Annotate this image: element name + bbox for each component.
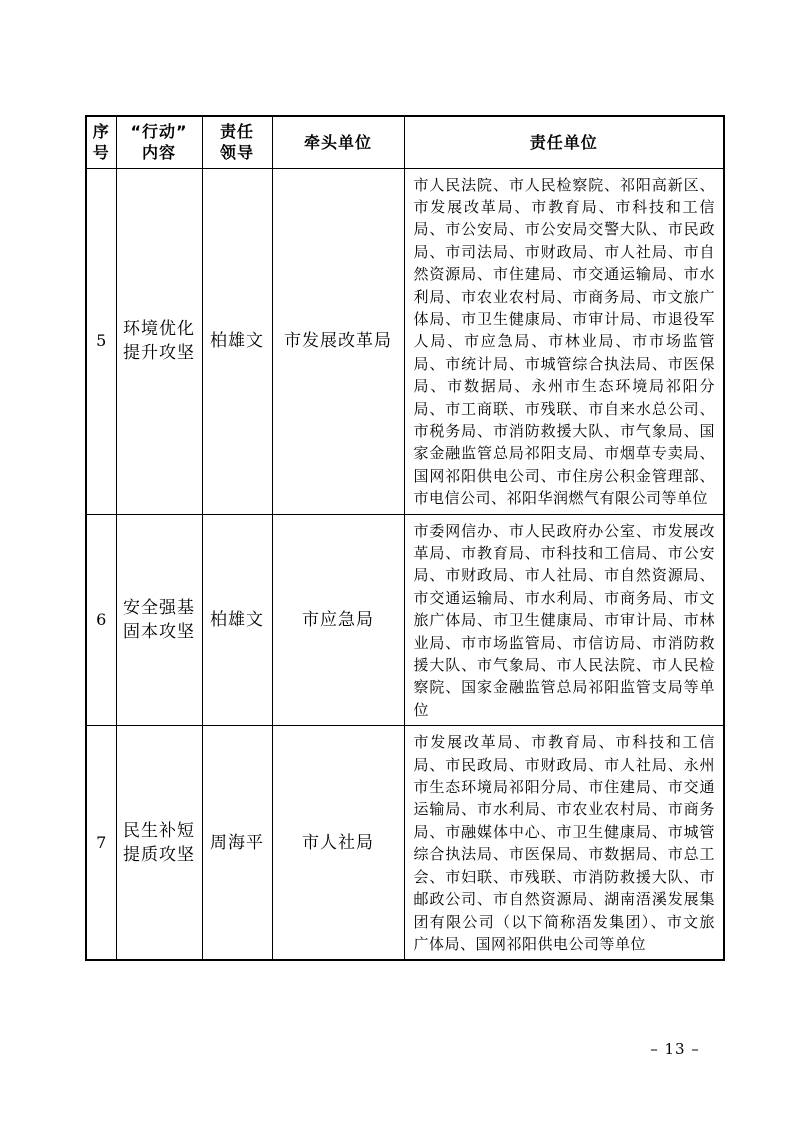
action-cell: 环境优化 提升攻坚 <box>116 168 202 514</box>
leader-cell: 柏雄文 <box>202 168 272 514</box>
header-cell-serial: 序 号 <box>86 116 116 168</box>
serial-cell: 6 <box>86 514 116 726</box>
table-row: 7 民生补短 提质攻坚 周海平 市人社局 市发展改革局、市教育局、市科技和工信局… <box>86 726 724 961</box>
header-cell-leader: 责任 领导 <box>202 116 272 168</box>
action-cell: 民生补短 提质攻坚 <box>116 726 202 961</box>
serial-cell: 5 <box>86 168 116 514</box>
responsible-units-cell: 市发展改革局、市教育局、市科技和工信局、市民政局、市财政局、市人社局、永州市生态… <box>404 726 724 961</box>
table-row: 5 环境优化 提升攻坚 柏雄文 市发展改革局 市人民法院、市人民检察院、祁阳高新… <box>86 168 724 514</box>
header-cell-lead-unit: 牵头单位 <box>272 116 404 168</box>
table-row: 6 安全强基 固本攻坚 柏雄文 市应急局 市委网信办、市人民政府办公室、市发展改… <box>86 514 724 726</box>
lead-unit-cell: 市人社局 <box>272 726 404 961</box>
lead-unit-cell: 市应急局 <box>272 514 404 726</box>
header-cell-responsible-units: 责任单位 <box>404 116 724 168</box>
leader-cell: 柏雄文 <box>202 514 272 726</box>
header-cell-action: “行动” 内容 <box>116 116 202 168</box>
responsible-units-cell: 市人民法院、市人民检察院、祁阳高新区、市发展改革局、市教育局、市科技和工信局、市… <box>404 168 724 514</box>
serial-cell: 7 <box>86 726 116 961</box>
action-cell: 安全强基 固本攻坚 <box>116 514 202 726</box>
page-number: – 13 – <box>630 1040 720 1058</box>
action-plan-table: 序 号 “行动” 内容 责任 领导 牵头单位 责任单位 5 环境优化 提升攻坚 … <box>85 115 725 961</box>
lead-unit-cell: 市发展改革局 <box>272 168 404 514</box>
document-page: 序 号 “行动” 内容 责任 领导 牵头单位 责任单位 5 环境优化 提升攻坚 … <box>0 0 793 1122</box>
table-header-row: 序 号 “行动” 内容 责任 领导 牵头单位 责任单位 <box>86 116 724 168</box>
leader-cell: 周海平 <box>202 726 272 961</box>
responsible-units-cell: 市委网信办、市人民政府办公室、市发展改革局、市教育局、市科技和工信局、市公安局、… <box>404 514 724 726</box>
